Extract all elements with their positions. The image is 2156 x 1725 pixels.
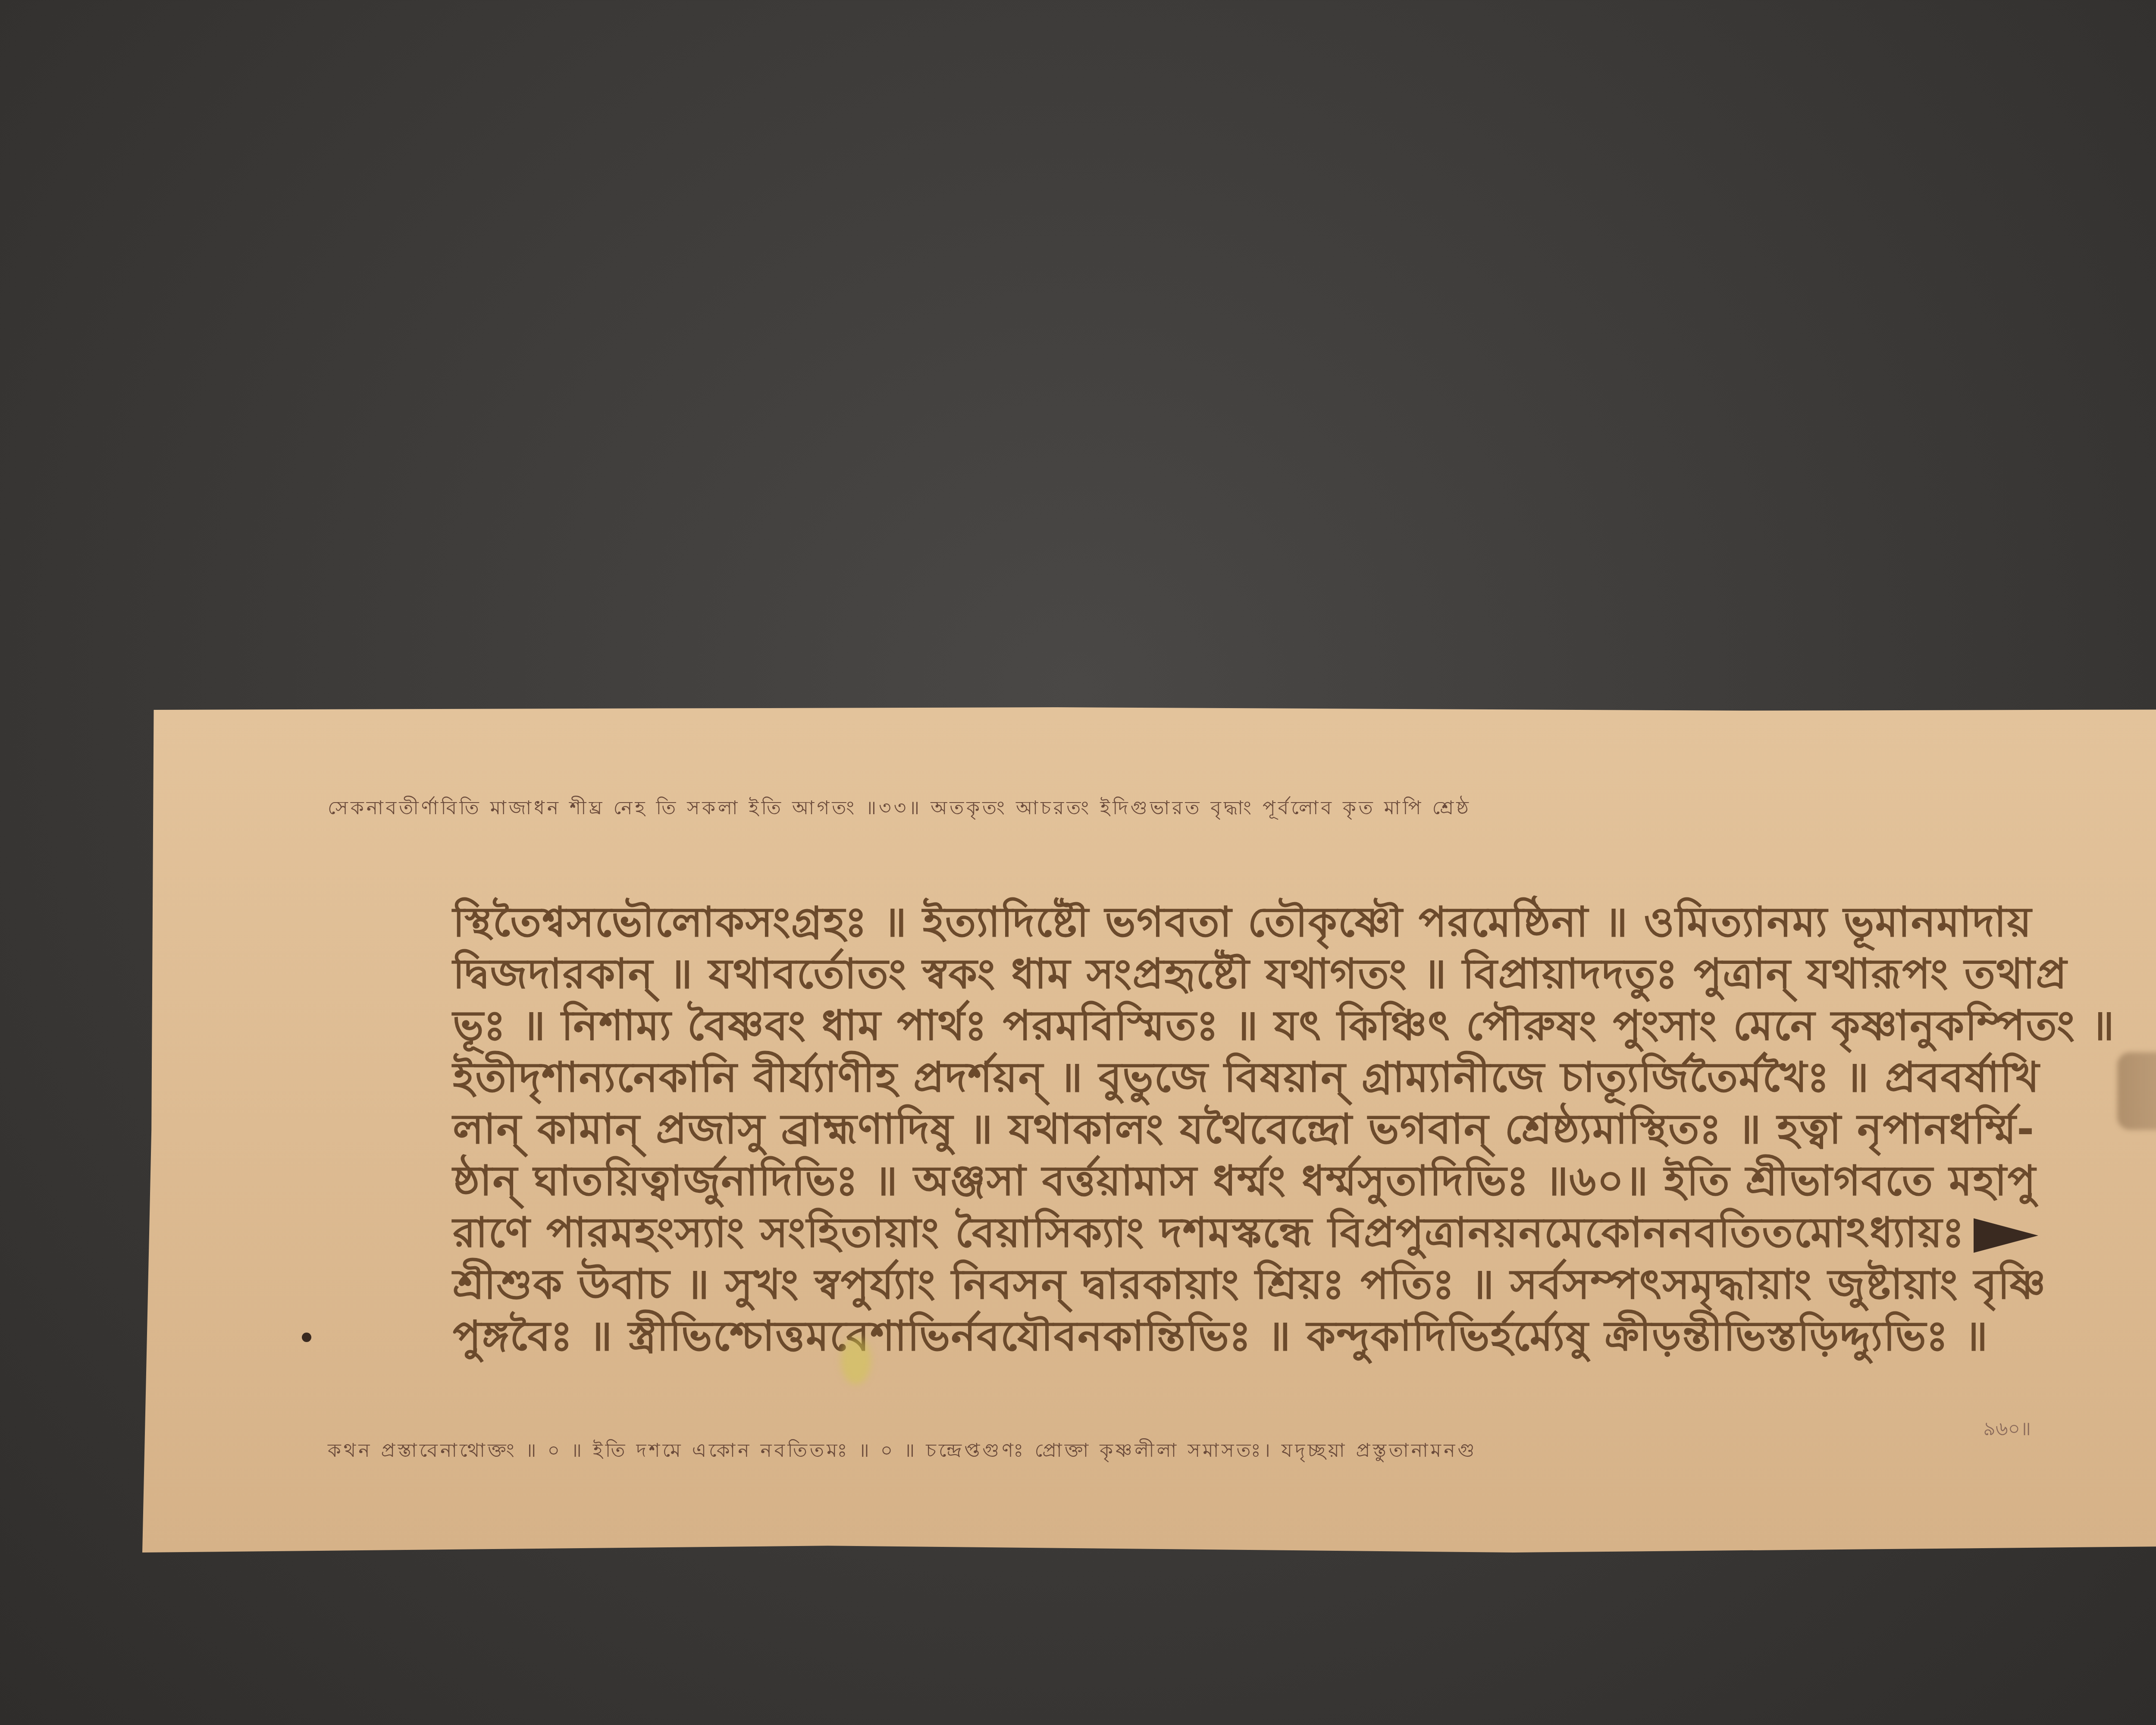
- text-line-9: পুঙ্গবৈঃ ॥ স্ত্রীভিশ্চোত্তমবেশাভির্নবযৌব…: [453, 1315, 1989, 1357]
- text-line-6: ষ্ঠান্ ঘাতয়িত্বার্জুনাদিভিঃ ॥ অঞ্জসা বর…: [453, 1160, 2037, 1201]
- yellow-stain: [841, 1337, 871, 1384]
- manuscript-folio: সেকনাবতীর্ণাবিতি মাজাধন শীঘ্র নেহ তি সকল…: [142, 707, 2156, 1552]
- colophon-text: রাণে পারমহংস্যাং সংহিতায়াং বৈয়াসিক্যাং…: [453, 1208, 1965, 1257]
- text-line-7: রাণে পারমহংস্যাং সংহিতায়াং বৈয়াসিক্যাং…: [453, 1212, 2038, 1253]
- ink-smudge: [2117, 1052, 2156, 1130]
- pointer-mark-icon: [1974, 1218, 2038, 1253]
- bottom-margin-line: কথন প্রস্তাবেনাথোক্তং ॥ ০ ॥ ইতি দশমে একো…: [328, 1436, 1477, 1468]
- ink-dot: [302, 1333, 311, 1342]
- text-line-2: দ্বিজদারকান্ ॥ যথাবর্তোতং স্বকং ধাম সংপ্…: [453, 953, 2068, 994]
- text-line-1: স্থিতৈশ্বসভৌলোকসংগ্রহঃ ॥ ইত্যাদিষ্টৌ ভগব…: [453, 901, 2032, 943]
- pencil-note: ৯৬০॥: [1983, 1414, 2031, 1446]
- top-margin-line: সেকনাবতীর্ণাবিতি মাজাধন শীঘ্র নেহ তি সকল…: [328, 793, 1471, 825]
- text-line-3: ভূঃ ॥ নিশাম্য বৈষ্ণবং ধাম পার্থঃ পরমবিস্…: [453, 1005, 2115, 1046]
- text-line-8: শ্রীশুক উবাচ ॥ সুখং স্বপুর্য্যাং নিবসন্ …: [453, 1264, 2046, 1305]
- text-line-5: লান্ কামান্ প্রজাসু ব্রাহ্মণাদিষু ॥ যথাক…: [453, 1108, 2035, 1150]
- text-line-4: ইতীদৃশান্যনেকানি বীর্য্যাণীহ প্রদর্শয়ন্…: [453, 1057, 2040, 1098]
